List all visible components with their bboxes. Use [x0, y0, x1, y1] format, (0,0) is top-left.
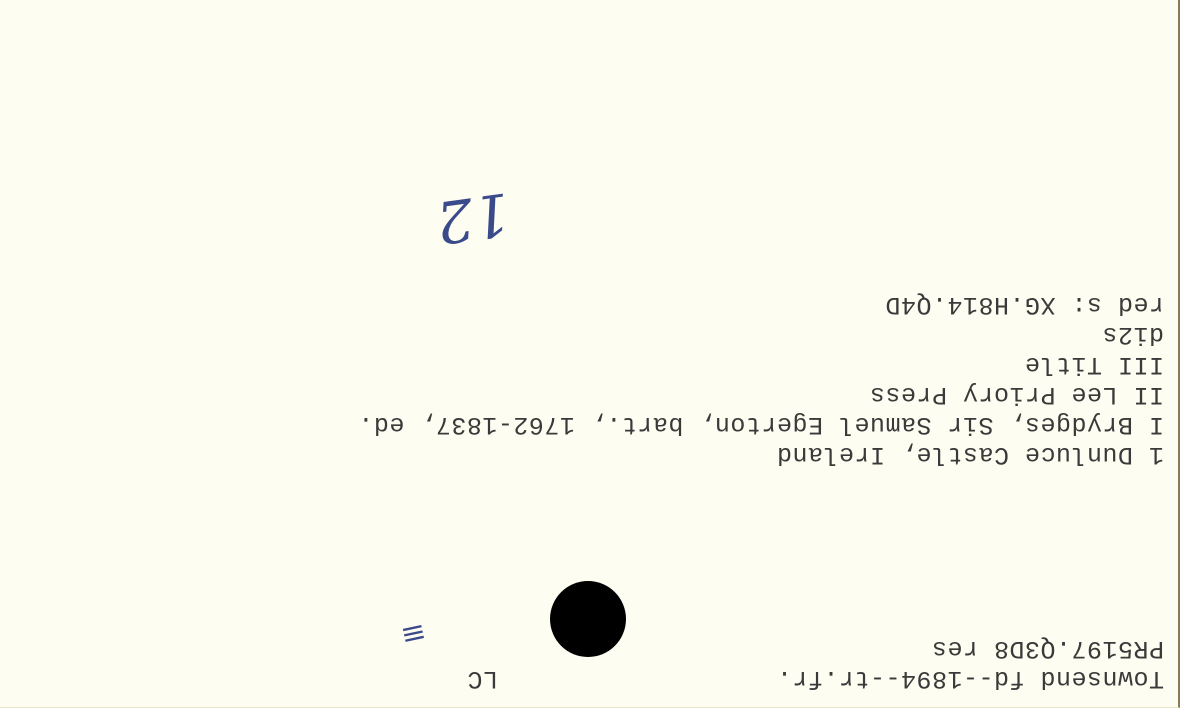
tracing-editor: I Brydges, Sir Samuel Egerton, bart., 17…	[358, 410, 1164, 439]
punch-hole	[550, 581, 626, 657]
tracing-press: II Lee Priory Press	[869, 380, 1164, 409]
note-red-s: red s: XG.H814.Q4D	[885, 290, 1164, 319]
call-number: PR5197.Q3D8 res	[931, 634, 1164, 663]
handwritten-mark: ≡	[397, 614, 429, 653]
catalog-card: Townsend fd--1894--tr.fr. LC ≡ PR5197.Q3…	[0, 0, 1180, 708]
tracing-subject: 1 Dunluce Castle, Ireland	[776, 440, 1164, 469]
author-entry: Townsend fd--1894--tr.fr.	[776, 664, 1164, 693]
note-di2s: di2s	[1102, 320, 1164, 349]
tracing-title: III Title	[1024, 350, 1164, 379]
holding-library: LC	[467, 664, 498, 693]
handwritten-number: 12	[432, 179, 515, 257]
